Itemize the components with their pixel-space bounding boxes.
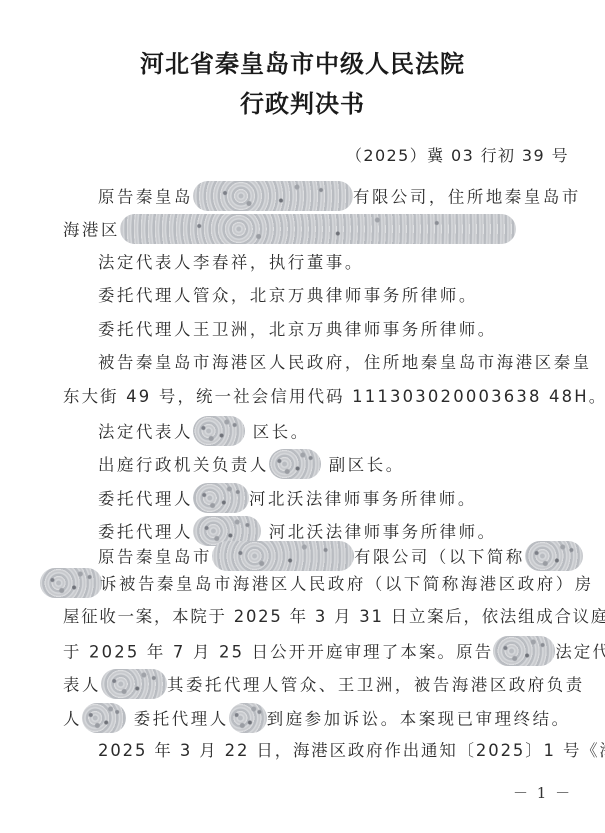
text-line-case-desc-3: 屋征收一案，本院于 2025 年 3 月 31 日立案后，依法组成合议庭， [63, 606, 605, 628]
text-segment: 海港区 [63, 221, 120, 240]
redaction-blur [82, 703, 126, 733]
redaction-blur [212, 541, 354, 571]
document-type-heading: 行政判决书 [0, 84, 605, 119]
text-line-case-desc-1: 原告秦皇岛市有限公司（以下简称 [98, 545, 583, 567]
text-line-case-desc-2: 诉被告秦皇岛市海港区人民政府（以下简称海港区政府）房 [40, 572, 594, 594]
text-segment: 原告秦皇岛 [98, 188, 193, 207]
text-line-plaintiff-name: 原告秦皇岛有限公司，住所地秦皇岛市 [98, 185, 581, 207]
text-segment: 法定代 [555, 643, 605, 662]
text-segment: 区长。 [245, 423, 310, 442]
text-line-defendant-address: 东大街 49 号，统一社会信用代码 111303020003638 48H。 [63, 386, 605, 408]
text-line-official-in-court: 出庭行政机关负责人 副区长。 [98, 453, 405, 475]
text-line-agent-2: 委托代理人王卫洲，北京万典律师事务所律师。 [98, 319, 497, 341]
text-segment: 诉被告秦皇岛市海港区人民政府（以下简称海港区政府）房 [100, 575, 594, 594]
text-line-case-desc-4: 于 2025 年 7 月 25 日公开开庭审理了本案。原告法定代 [63, 640, 605, 662]
redaction-blur [40, 568, 102, 598]
text-segment: 原告秦皇岛市 [98, 548, 212, 567]
text-line-legal-rep: 法定代表人李春祥，执行董事。 [98, 252, 364, 274]
text-segment: 有限公司（以下简称 [354, 548, 525, 567]
text-segment: 法定代表人 [98, 423, 193, 442]
text-line-defendant-legal-rep: 法定代表人 区长。 [98, 420, 310, 442]
redaction-blur [525, 541, 583, 571]
text-line-defendant-agent-2: 委托代理人 河北沃法律师事务所律师。 [98, 520, 497, 542]
text-segment: 副区长。 [321, 456, 405, 475]
text-segment: 人 [63, 710, 82, 729]
text-line-notice: 2025 年 3 月 22 日，海港区政府作出通知〔2025〕1 号《海港 [98, 740, 605, 762]
redaction-blur [493, 636, 555, 666]
text-segment: 委托代理人 [98, 490, 193, 509]
text-line-plaintiff-address: 海港区 [63, 218, 516, 240]
text-segment: 出庭行政机关负责人 [98, 456, 269, 475]
text-segment: 表人 [63, 676, 101, 695]
text-segment: 河北沃法律师事务所律师。 [261, 523, 497, 542]
redaction-blur [269, 449, 321, 479]
text-segment: 有限公司，住所地秦皇岛市 [353, 188, 581, 207]
redaction-blur [193, 181, 353, 211]
redaction-blur [120, 214, 516, 244]
text-segment: 委托代理人 [126, 710, 229, 729]
text-segment: 于 2025 年 7 月 25 日公开开庭审理了本案。原告 [63, 643, 493, 662]
text-line-defendant-agent-1: 委托代理人河北沃法律师事务所律师。 [98, 487, 477, 509]
redaction-blur [229, 703, 267, 733]
page-number: － 1 － [513, 782, 572, 803]
case-number: （2025）冀 03 行初 39 号 [346, 143, 569, 166]
text-segment: 委托代理人 [98, 523, 193, 542]
redaction-blur [193, 416, 245, 446]
text-segment: 到庭参加诉讼。本案现已审理终结。 [267, 710, 571, 729]
text-line-case-desc-6: 人 委托代理人到庭参加诉讼。本案现已审理终结。 [63, 707, 571, 729]
text-line-defendant: 被告秦皇岛市海港区人民政府，住所地秦皇岛市海港区秦皇 [98, 352, 592, 374]
text-segment: 河北沃法律师事务所律师。 [249, 490, 477, 509]
court-name-heading: 河北省秦皇岛市中级人民法院 [0, 44, 605, 79]
redaction-blur [101, 669, 167, 699]
document-page: 河北省秦皇岛市中级人民法院 行政判决书 （2025）冀 03 行初 39 号 原… [0, 0, 605, 833]
text-line-case-desc-5: 表人其委托代理人管众、王卫洲，被告海港区政府负责 [63, 673, 585, 695]
text-line-agent-1: 委托代理人管众，北京万典律师事务所律师。 [98, 285, 478, 307]
redaction-blur [193, 483, 249, 513]
text-segment: 其委托代理人管众、王卫洲，被告海港区政府负责 [167, 676, 585, 695]
